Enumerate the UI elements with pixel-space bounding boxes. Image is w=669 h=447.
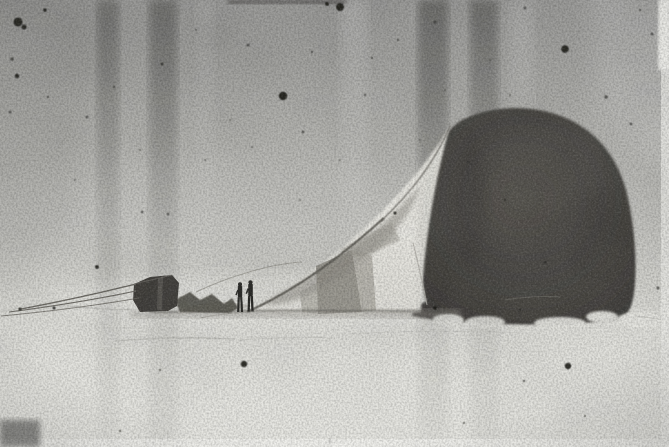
photograph-frame	[0, 0, 669, 447]
photo-canvas	[0, 0, 669, 447]
film-grain-light	[0, 0, 669, 447]
